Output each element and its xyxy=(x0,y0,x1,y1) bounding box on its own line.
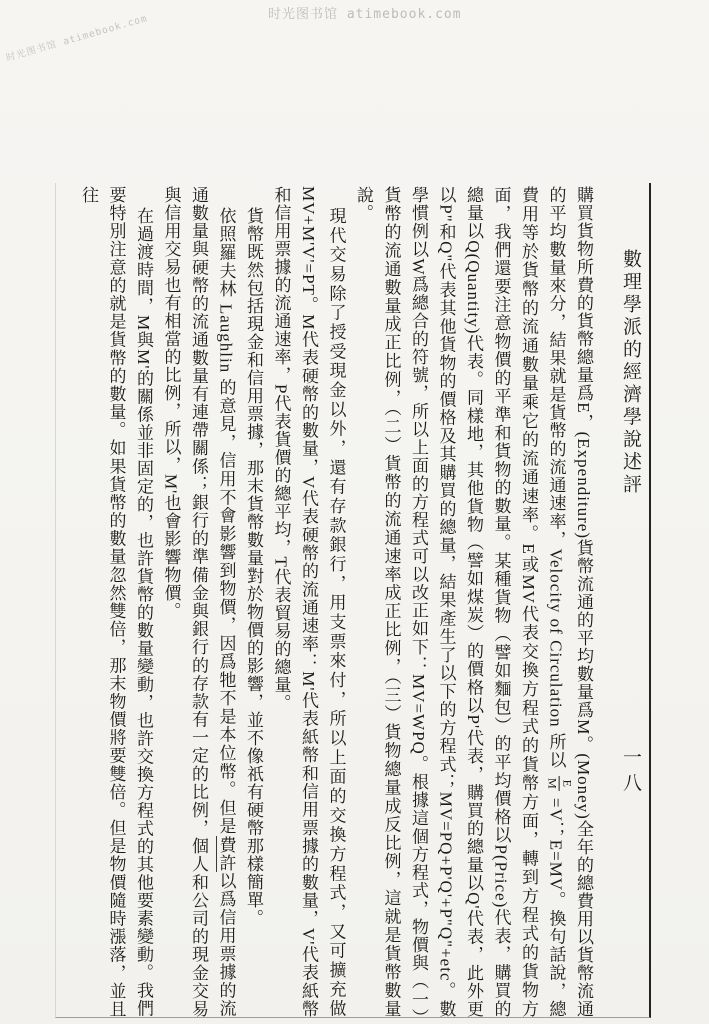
page-number: 一八 xyxy=(621,747,640,799)
fraction-denominator: M xyxy=(545,776,559,791)
proper-noun-fisher: 費許 xyxy=(216,836,236,873)
watermark-top-right: 时光图书馆 atimebook.com xyxy=(268,3,462,22)
running-title: 數理學派的經濟學說述評 xyxy=(621,249,640,497)
body-text: 購買貨物所費的貨幣總量爲E，(Expenditure)貨幣流通的平均數量爲M。(… xyxy=(57,186,597,1018)
paragraph-3: 貨幣既然包括現金和信用票據，那末貨幣數量對於物價的影響，並不像祇有硬幣那樣簡單。 xyxy=(240,186,268,1018)
fraction-numerator: E xyxy=(559,776,574,791)
paragraph-4: 依照羅夫林 Laughlin 的意見，信用不會影響到物價，因爲牠不是本位幣。但是… xyxy=(157,186,240,1018)
paragraph-2: 現代交易除了授受現金以外，還有存款銀行，用支票來付，所以上面的交換方程式，又可擴… xyxy=(267,186,350,1018)
paragraph-1: 購買貨物所費的貨幣總量爲E，(Expenditure)貨幣流通的平均數量爲M。(… xyxy=(350,186,598,1018)
fraction-e-over-m: EM xyxy=(545,776,574,791)
paragraph-1-text-post: =V；E=MV。換句話說，總費用等於貨幣的流通數量乘它的流通速率。E或MV代表交… xyxy=(354,186,566,1018)
scanned-book-page: 时光图书馆 atimebook.com 时光图书馆 atimebook.com … xyxy=(0,0,709,1024)
watermark-top-left-rotated: 时光图书馆 atimebook.com xyxy=(4,10,149,64)
paragraph-5: 在過渡時間，M與M'的關係並非固定的，也許貨幣的數量變動，也許交換方程式的其他要… xyxy=(75,186,158,1018)
paragraph-4-text-pre: 依照羅夫林 Laughlin 的意見，信用不會影響到物價，因爲牠不是本位幣。但是 xyxy=(217,207,236,835)
